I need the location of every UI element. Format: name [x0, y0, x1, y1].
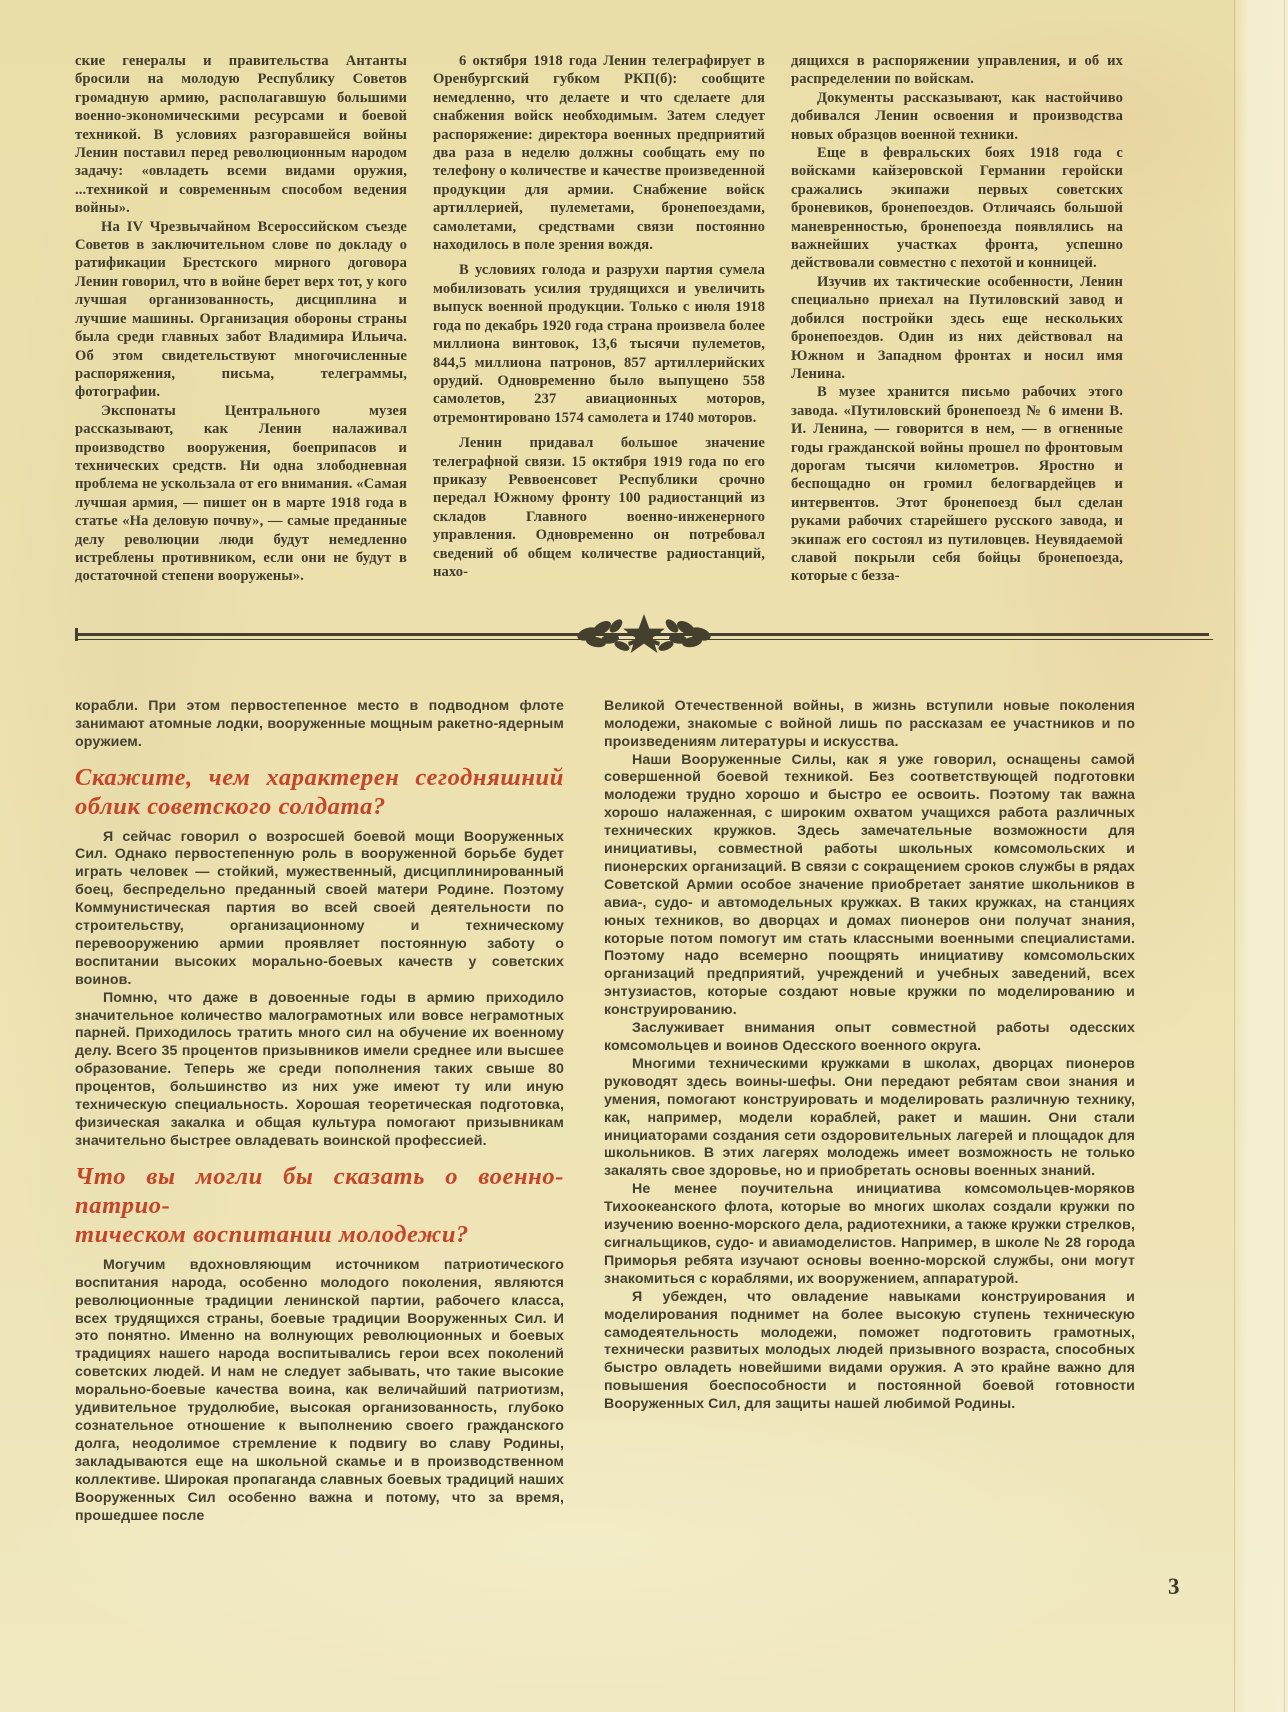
magazine-page: ские генералы и правительства Антанты бр… — [0, 0, 1288, 1712]
heading-line: Скажите, чем характерен сегодняшний — [75, 763, 564, 792]
paragraph: В условиях голода и разрухи партия сумел… — [433, 261, 765, 427]
paragraph: дящихся в распоряжении управления, и об … — [791, 52, 1123, 89]
paragraph: Заслуживает внимания опыт совместной раб… — [604, 1020, 1135, 1056]
paragraph: Изучив их тактические особенности, Ленин… — [791, 273, 1123, 383]
paragraph: Ленин придавал большое значение телеграф… — [433, 434, 765, 581]
top-column-3: дящихся в распоряжении управления, и об … — [791, 52, 1123, 586]
paragraph: Еще в февральских боях 1918 года с войск… — [791, 144, 1123, 273]
heading-line: Что вы могли бы сказать о военно-патрио- — [75, 1162, 564, 1220]
heading-line: тическом воспитании молодежи? — [75, 1220, 564, 1249]
paragraph: Многими техническими кружками в школах, … — [604, 1056, 1135, 1181]
bottom-column-right: Великой Отечественной войны, в жизнь вст… — [604, 698, 1135, 1526]
paragraph: Помню, что даже в довоенные годы в армию… — [75, 990, 564, 1151]
paragraph: Экспонаты Центрального музея рассказываю… — [75, 402, 407, 586]
heading-line: облик советского солдата? — [75, 792, 564, 821]
paragraph: ские генералы и правительства Антанты бр… — [75, 52, 407, 218]
page-number: 3 — [1168, 1574, 1180, 1600]
top-column-2: 6 октября 1918 года Ленин телеграфирует … — [433, 52, 765, 586]
paragraph: корабли. При этом первостепенное место в… — [75, 698, 564, 752]
section-divider — [75, 616, 1213, 658]
paragraph: 6 октября 1918 года Ленин телеграфирует … — [433, 52, 765, 254]
paragraph: Я убежден, что овладение навыками констр… — [604, 1289, 1135, 1414]
paragraph: Могучим вдохновляющим источником патриот… — [75, 1257, 564, 1526]
top-column-1: ские генералы и правительства Антанты бр… — [75, 52, 407, 586]
page-content: ские генералы и правительства Антанты бр… — [75, 52, 1135, 1525]
question-heading-2: Что вы могли бы сказать о военно-патрио-… — [75, 1162, 564, 1249]
bottom-column-left: корабли. При этом первостепенное место в… — [75, 698, 564, 1526]
paragraph: На IV Чрезвычайном Всероссийском съезде … — [75, 218, 407, 402]
paragraph: Наши Вооруженные Силы, как я уже говорил… — [604, 752, 1135, 1021]
top-section: ские генералы и правительства Антанты бр… — [75, 52, 1135, 586]
star-laurel-icon — [536, 612, 752, 662]
bottom-section: корабли. При этом первостепенное место в… — [75, 698, 1135, 1526]
paper-edge — [1234, 0, 1288, 1712]
paragraph: Не менее поучительна инициатива комсомол… — [604, 1181, 1135, 1288]
question-heading-1: Скажите, чем характерен сегодняшний обли… — [75, 763, 564, 821]
paragraph: В музее хранится письмо рабочих этого за… — [791, 383, 1123, 585]
paragraph: Я сейчас говорил о возросшей боевой мощи… — [75, 829, 564, 990]
paragraph: Великой Отечественной войны, в жизнь вст… — [604, 698, 1135, 752]
paragraph: Документы рассказывают, как настойчиво д… — [791, 89, 1123, 144]
